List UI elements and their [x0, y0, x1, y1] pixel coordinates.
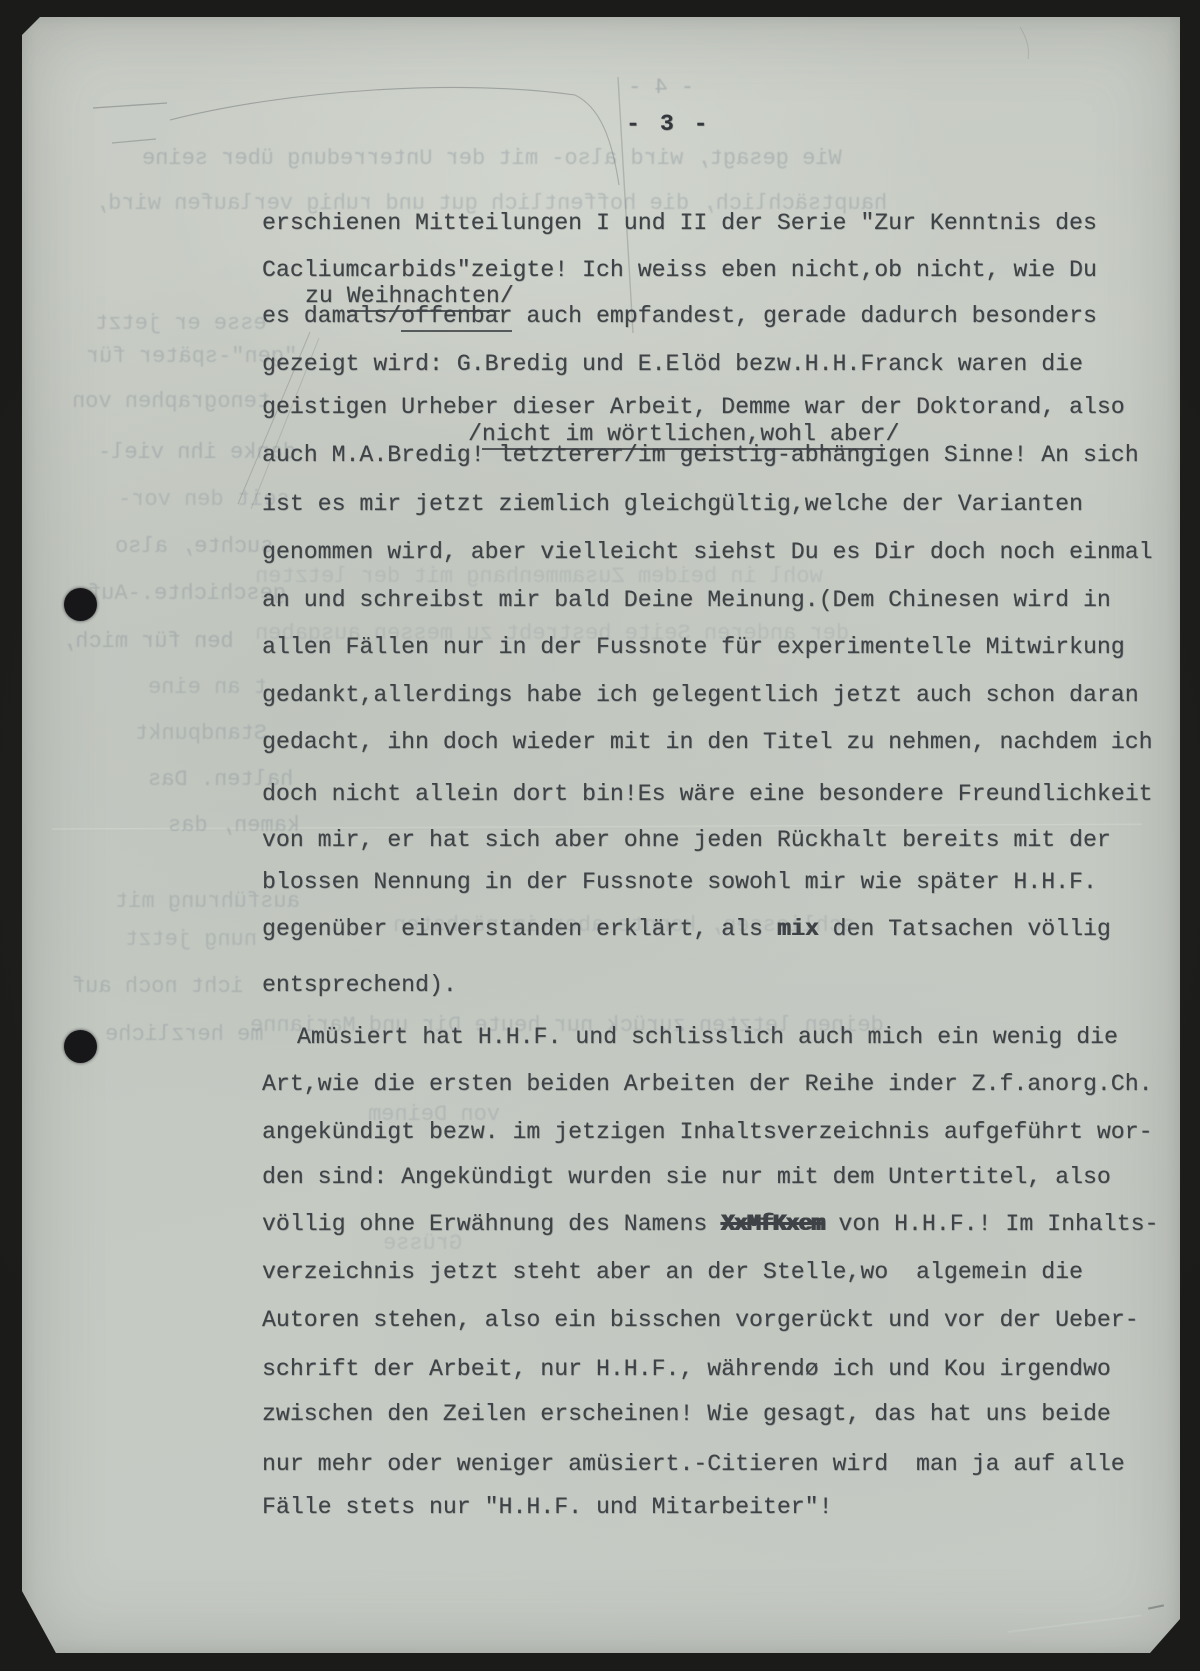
bleedthrough-line: - 4 -	[628, 76, 694, 100]
letter-line: den sind: Angekündigt wurden sie nur mit…	[262, 1164, 1111, 1190]
folded-corner	[22, 1591, 56, 1653]
letter-line: doch nicht allein dort bin!Es wäre eine …	[262, 781, 1153, 807]
letter-line-text: angekündigt bezw. im jetzigen Inhaltsver…	[262, 1119, 1153, 1145]
letter-line-text: gedankt,allerdings habe ich gelegentlich…	[262, 682, 1139, 708]
letter-line: verzeichnis jetzt steht aber an der Stel…	[262, 1259, 1083, 1285]
bleedthrough-line: suchte, also	[115, 535, 273, 559]
letter-line: allen Fällen nur in der Fussnote für exp…	[262, 634, 1125, 660]
bleedthrough-line: t an eine	[148, 676, 267, 700]
letter-line-text: Autoren stehen, also ein bisschen vorger…	[262, 1307, 1139, 1333]
hole-punch-bottom	[64, 1030, 97, 1063]
bleedthrough-line: Wie gesagt, wird also- mit der Unterredu…	[142, 147, 842, 171]
scan-background: - 4 -Wie gesagt, wird also- mit der Unte…	[0, 0, 1200, 1671]
letter-line: völlig ohne Erwähnung des Namens XxMfKxe…	[262, 1211, 1158, 1237]
letter-line-text: gedacht, ihn doch wieder mit in den Tite…	[262, 729, 1153, 755]
letter-line-text: auch M.A.Bredig! letzterer/im geistig-ab…	[262, 442, 1139, 468]
letter-line: es damals/offenbar auch empfandest, gera…	[262, 303, 1097, 329]
letter-line: Art,wie die ersten beiden Arbeiten der R…	[262, 1071, 1153, 1097]
letter-line-text: Amüsiert hat H.H.F. und schlisslich auch…	[297, 1024, 1118, 1050]
letter-line: schrift der Arbeit, nur H.H.F., währendø…	[262, 1356, 1111, 1382]
letter-line: Fälle stets nur "H.H.F. und Mitarbeiter"…	[262, 1494, 833, 1520]
bleedthrough-line: nung jetzt	[125, 928, 257, 952]
letter-line: gedacht, ihn doch wieder mit in den Tite…	[262, 729, 1153, 755]
letter-line-text: Art,wie die ersten beiden Arbeiten der R…	[262, 1071, 1153, 1097]
letter-line-text: gezeigt wird: G.Bredig und E.Elöd bezw.H…	[262, 351, 1083, 377]
letter-line: zwischen den Zeilen erscheinen! Wie gesa…	[262, 1401, 1111, 1427]
bleedthrough-line: icht noch auf	[72, 975, 244, 999]
letter-line-text: entsprechend).	[262, 972, 457, 998]
letter-line-text: verzeichnis jetzt steht aber an der Stel…	[262, 1259, 1083, 1285]
bleedthrough-line: Standpunkt	[135, 722, 267, 746]
letter-line-text: nur mehr oder weniger amüsiert.-Citieren…	[262, 1451, 1125, 1477]
letter-line: genommen wird, aber vielleicht siehst Du…	[262, 539, 1153, 565]
bleedthrough-line: wohl in beidem Zusammenhang mit der letz…	[255, 565, 823, 589]
bleedthrough-line: ben für mich,	[62, 630, 234, 654]
letter-line-text: an und schreibst mir bald Deine Meinung.…	[262, 587, 1111, 613]
letter-page: - 4 -Wie gesagt, wird also- mit der Unte…	[22, 17, 1180, 1653]
page-number: - 3 -	[626, 111, 711, 137]
letter-line-text: geistigen Urheber dieser Arbeit, Demme w…	[262, 394, 1125, 420]
crease-streak	[1007, 1615, 1141, 1634]
letter-line: angekündigt bezw. im jetzigen Inhaltsver…	[262, 1119, 1153, 1145]
letter-line: Amüsiert hat H.H.F. und schlisslich auch…	[297, 1024, 1118, 1050]
letter-line-text: blossen Nennung in der Fussnote sowohl m…	[262, 869, 1097, 895]
letter-line-text: Cacliumcarbids"zeigte! Ich weiss eben ni…	[262, 257, 1097, 283]
letter-line-text: allen Fällen nur in der Fussnote für exp…	[262, 634, 1125, 660]
letter-line-text: doch nicht allein dort bin!Es wäre eine …	[262, 781, 1153, 807]
letter-line-text: auch empfandest, gerade dadurch besonder…	[512, 303, 1096, 329]
underlined-insertion-text: offenbar	[401, 303, 512, 332]
letter-line-text: von H.H.F.! Im Inhalts-	[825, 1211, 1159, 1237]
letter-line: erschienen Mitteilungen I und II der Ser…	[262, 210, 1097, 236]
letter-line-text: schrift der Arbeit, nur H.H.F., währendø…	[262, 1356, 1111, 1382]
bleedthrough-line: tenographen von	[72, 390, 270, 414]
letter-line-text: Fälle stets nur "H.H.F. und Mitarbeiter"…	[262, 1494, 833, 1520]
struck-out-word: XxMfKxem	[721, 1211, 824, 1237]
letter-line: gezeigt wird: G.Bredig und E.Elöd bezw.H…	[262, 351, 1083, 377]
letter-line-text: erschienen Mitteilungen I und II der Ser…	[262, 210, 1097, 236]
letter-line: an und schreibst mir bald Deine Meinung.…	[262, 587, 1111, 613]
overtyped-word: mix	[777, 916, 819, 942]
letter-line: geistigen Urheber dieser Arbeit, Demme w…	[262, 394, 1125, 420]
letter-line-text: gegenüber einverstanden erklärt, als	[262, 916, 777, 942]
letter-line: ist es mir jetzt ziemlich gleichgültig,w…	[262, 491, 1083, 517]
letter-line-text: von mir, er hat sich aber ohne jeden Rüc…	[262, 827, 1111, 853]
bleedthrough-line: esse er jetzt	[95, 312, 267, 336]
letter-line-text: zwischen den Zeilen erscheinen! Wie gesa…	[262, 1401, 1111, 1427]
bleedthrough-line: me herzliche	[105, 1023, 263, 1047]
letter-line: nur mehr oder weniger amüsiert.-Citieren…	[262, 1451, 1125, 1477]
letter-line: entsprechend).	[262, 972, 457, 998]
letter-line: blossen Nennung in der Fussnote sowohl m…	[262, 869, 1097, 895]
hole-punch-top	[64, 588, 97, 621]
letter-line: gegenüber einverstanden erklärt, als mix…	[262, 916, 1111, 942]
letter-line-text: den sind: Angekündigt wurden sie nur mit…	[262, 1164, 1111, 1190]
letter-line: Autoren stehen, also ein bisschen vorger…	[262, 1307, 1139, 1333]
letter-line: auch M.A.Bredig! letzterer/im geistig-ab…	[262, 442, 1139, 468]
letter-line: Cacliumcarbids"zeigte! Ich weiss eben ni…	[262, 257, 1097, 283]
letter-line: gedankt,allerdings habe ich gelegentlich…	[262, 682, 1139, 708]
letter-line-text: es damals/	[262, 303, 401, 329]
pencil-mark	[1148, 1604, 1164, 1609]
letter-line-text: völlig ohne Erwähnung des Namens	[262, 1211, 721, 1237]
letter-line: von mir, er hat sich aber ohne jeden Rüc…	[262, 827, 1111, 853]
letter-line-text: ist es mir jetzt ziemlich gleichgültig,w…	[262, 491, 1083, 517]
letter-line-text: den Tatsachen völlig	[819, 916, 1111, 942]
letter-line-text: genommen wird, aber vielleicht siehst Du…	[262, 539, 1153, 565]
